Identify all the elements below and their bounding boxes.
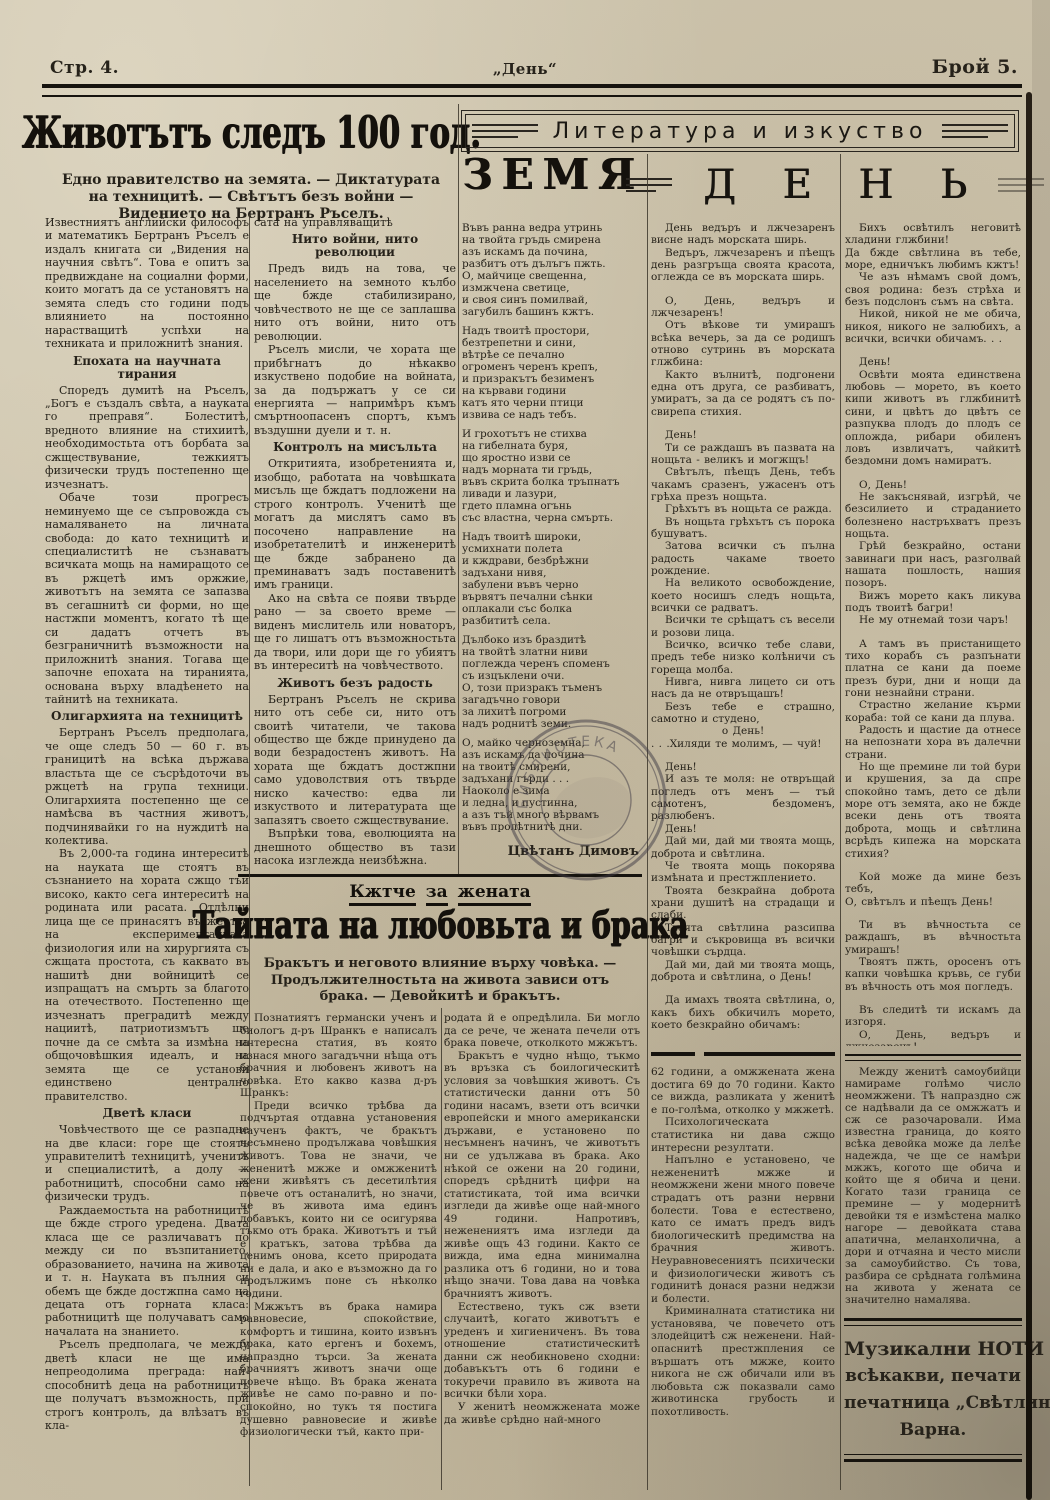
paragraph: 62 години, а омжжената жена достига 69 д…: [651, 1066, 835, 1116]
section-literature-box: Литература и изкуство: [461, 110, 1019, 152]
paragraph: Между женитѣ самоубийци намираме голѣмо …: [845, 1066, 1021, 1306]
paragraph: Както вълнитѣ, подгонени една отъ друга,…: [651, 369, 835, 418]
stanza: И грохотътъ не стихвана гибелната буря,щ…: [462, 428, 645, 524]
paragraph: День!: [651, 429, 835, 441]
column-divider-b: [845, 1054, 1021, 1061]
article-future-title: Животътъ следъ 100 год.: [66, 93, 437, 174]
paragraph: [651, 750, 835, 761]
paragraph: Предъ видъ на това, че населението на зе…: [254, 262, 456, 343]
paragraph: Но ще премине ли той бури и крушения, за…: [845, 761, 1021, 860]
article-future-col1: Известниятъ английски философъ и математ…: [45, 216, 249, 1484]
poem-den-titlerow: Д Е Н Ь: [650, 156, 1020, 214]
women-article-col3: 62 години, а омжжената жена достига 69 д…: [651, 1066, 835, 1490]
section-literature-title: Литература и изкуство: [553, 119, 928, 144]
paragraph: Преди всичко трѣбва да подчъртая отдавна…: [240, 1100, 437, 1301]
sub-heading: Дветѣ класи: [45, 1107, 249, 1120]
paragraph: О, День!: [845, 479, 1021, 491]
paragraph: Ти се раждашъ въ пазвата на нощьта - вел…: [651, 442, 835, 467]
paragraph: На великото освобождение, което носишъ с…: [651, 577, 835, 614]
paragraph: День ведъръ и лжчезаренъ висне надъ морс…: [651, 222, 835, 247]
paragraph: О, свѣтълъ и пѣещъ День!: [845, 896, 1021, 908]
paragraph: [651, 284, 835, 295]
paragraph: Освѣти моята единствена любовь — морето,…: [845, 369, 1021, 468]
paragraph: Кой може да мине безъ тебъ,: [845, 871, 1021, 896]
paragraph: День!: [651, 761, 835, 773]
paragraph: У женитѣ неомжжената може да живѣе срѣдн…: [444, 1401, 640, 1426]
paragraph: Че азъ нѣмамъ свой домъ, своя родина: бе…: [845, 271, 1021, 308]
paragraph: Дай ми, дай ми твоята мощь, доброта и св…: [651, 959, 835, 984]
paragraph: Въ следитѣ ти искамъ да изгоря.: [845, 1004, 1021, 1029]
women-article-col2: родата й е опредѣлила. Би могло да се ре…: [444, 1012, 640, 1490]
paragraph: Известниятъ английски философъ и математ…: [45, 216, 249, 351]
rule-ornament-left: [472, 124, 538, 138]
newspaper-page: { "page": { "page_label": "Стр. 4.", "ma…: [0, 0, 1050, 1500]
sub-heading: Олигархията на техницитѣ: [45, 710, 249, 723]
paragraph: Откритията, изобретенията и, изобщо, раб…: [254, 457, 456, 592]
paragraph: Да бжде свѣтлина въ тебе, море, едничъкъ…: [845, 247, 1021, 272]
paragraph: Естествено, тукъ сж взети случаитѣ, кога…: [444, 1301, 640, 1401]
ad-line: Варна.: [844, 1417, 1022, 1444]
page-edge-line: [1026, 92, 1032, 1500]
women-article-col1: Познатиятъ германски ученъ и биологъ д-р…: [240, 1012, 437, 1490]
paragraph: Ведъръ, лжчезаренъ и пѣещъ день разгръща…: [651, 247, 835, 284]
article-future-col2: сата на управляващитѣНито войни, нито ре…: [254, 216, 456, 874]
paragraph: . . .Хиляди те молимъ, — чуй!: [651, 738, 835, 750]
rule-ornament-right: [942, 124, 1008, 138]
sub-heading: Животъ безъ радость: [254, 677, 456, 690]
rule-ornament-den-left: [626, 178, 672, 192]
paragraph: Всичко, всичко тебе слави, предъ тебе ни…: [651, 639, 835, 676]
ad-lines: Музикални НОТИвсѣкакви, печатипечатница …: [844, 1336, 1022, 1444]
paragraph: Грѣй безкрайно, остани завинаги при насъ…: [845, 540, 1021, 589]
women-article-title: Тайната на любовьта и брака: [250, 896, 630, 954]
column-rule-2: [458, 104, 459, 874]
column-rule-3: [441, 1008, 442, 1490]
paragraph: [845, 860, 1021, 871]
paragraph: О, День, ведъръ и лжчезаренъ!: [651, 295, 835, 320]
paragraph: Затова всички съ пълна радость чакаме тв…: [651, 540, 835, 577]
paragraph: Въ 2,000-та година интереситѣ на науката…: [45, 847, 249, 1103]
paragraph: Ръселъ предполага, че между дветѣ класи …: [45, 1338, 249, 1432]
paragraph: Не закъснявай, изгрѣй, че безсилието и с…: [845, 491, 1021, 540]
poem-den-title: Д Е Н Ь: [686, 162, 984, 208]
paragraph: Ти въ вѣчностьта се раждашъ, въ вѣчность…: [845, 919, 1021, 956]
paragraph: Човѣчеството ще се разпадне на две класи…: [45, 1123, 249, 1204]
paragraph: Вижъ морето какъ ликува подъ твоитѣ багр…: [845, 590, 1021, 615]
column-rule-1: [249, 214, 250, 1486]
stanza: Надъ твоитѣ широки,усмихнати полетаи кжд…: [462, 531, 645, 627]
paragraph: Радость и щастие да отнесе на непознати …: [845, 724, 1021, 761]
paragraph: Безъ тебе е страшно, самотно и студено,: [651, 701, 835, 726]
paragraph: Обаче този прогресъ неминуемо ще се съпр…: [45, 491, 249, 706]
paragraph: Бракътъ е чудно нѣщо, тъкмо въ връзка съ…: [444, 1050, 640, 1301]
ad-line: печатница „Свѣтлина“: [844, 1390, 1022, 1417]
paragraph: Ако на свѣта се появи твърде рано — за с…: [254, 592, 456, 673]
paragraph: Грѣхътъ въ нощьта се ражда.: [651, 503, 835, 515]
paragraph: [845, 345, 1021, 356]
sub-heading: Епохата на научната тирания: [45, 355, 249, 381]
paragraph: Познатиятъ германски ученъ и биологъ д-р…: [240, 1012, 437, 1100]
sub-heading: Нито войни, нито революции: [254, 233, 456, 259]
stanza: Въвъ ранна ведра утриньна твойта гръдь с…: [462, 222, 645, 318]
paragraph: [651, 418, 835, 429]
ad-box: Музикални НОТИвсѣкакви, печатипечатница …: [844, 1318, 1022, 1462]
ad-line: Музикални НОТИ: [844, 1336, 1022, 1363]
issue-number: Брой 5.: [932, 56, 1018, 78]
paragraph: Споредъ думитѣ на Ръселъ, „Богъ е създал…: [45, 384, 249, 492]
paragraph: Твоятъ пжть, оросенъ отъ капки човѣшка к…: [845, 956, 1021, 993]
paragraph: Мжжътъ въ брака намира равновесие, споко…: [240, 1301, 437, 1439]
paragraph: Раждаемостьта на работницитѣ ще бжде стр…: [45, 1204, 249, 1339]
column-divider-a: [651, 1052, 835, 1056]
paragraph: о День!: [651, 725, 835, 737]
paragraph: Въ нощьта грѣхътъ съ порока бушуватъ.: [651, 516, 835, 541]
paragraph: Въпрѣки това, еволюцията на днешното общ…: [254, 827, 456, 867]
paragraph: [845, 908, 1021, 919]
page-edge-shading: [1032, 0, 1050, 1500]
paragraph: [651, 983, 835, 994]
paragraph: [845, 993, 1021, 1004]
paragraph: Нивга, нивга лицето си отъ насъ да не от…: [651, 676, 835, 701]
ad-rule-bottom: [844, 1454, 1022, 1462]
paragraph: Ръселъ мисли, че хората ще прибѣгнатъ до…: [254, 343, 456, 437]
paragraph: Всички те срѣщатъ съ весели и розови лиц…: [651, 614, 835, 639]
sub-heading: Контролъ на мисъльта: [254, 441, 456, 454]
paragraph: Бертранъ Ръселъ не скрива нито отъ себе …: [254, 693, 456, 828]
paragraph: Бихъ освѣтилъ неговитѣ хладини глжбини!: [845, 222, 1021, 247]
paragraph: Свѣтълъ, пѣещъ День, тебъ чакамъ сразенъ…: [651, 466, 835, 503]
paragraph: [845, 627, 1021, 638]
ad-line: всѣкакви, печати: [844, 1363, 1022, 1390]
paragraph: Криминалната статистика ни установява, ч…: [651, 1305, 835, 1418]
paragraph: Психологическата статистика ни дава сжщо…: [651, 1116, 835, 1154]
paragraph: Да имахъ твоята свѣтлина, о, какъ бихъ о…: [651, 994, 835, 1031]
paragraph: А тамъ въ пристанището тихо корабъ съ ра…: [845, 638, 1021, 700]
column-rule-5: [840, 154, 841, 1490]
poem-zemya-title: ЗЕМЯ: [461, 150, 645, 199]
ad-rule-top: [844, 1318, 1022, 1326]
paragraph: Отъ вѣкове ти умирашъ всѣка вечерь, за д…: [651, 319, 835, 368]
paragraph: Никой, никой не ме обича, никоя, никого …: [845, 308, 1021, 345]
paragraph: Не му отнемай този чаръ!: [845, 614, 1021, 626]
masthead: „День“: [0, 60, 1050, 78]
paragraph: сата на управляващитѣ: [254, 216, 456, 229]
paragraph: День!: [845, 356, 1021, 368]
stanza: Надъ твоитѣ простори,безтрепетни и сини,…: [462, 325, 645, 421]
women-article-subtitle: Бракътъ и неговото влияние върху човѣка.…: [252, 956, 628, 1006]
paragraph: Бертранъ Ръселъ предполага, че още следъ…: [45, 726, 249, 847]
women-article-col4: Между женитѣ самоубийци намираме голѣмо …: [845, 1066, 1021, 1306]
paragraph: [845, 468, 1021, 479]
paragraph: Напълно е установено, че нежененитѣ мжже…: [651, 1154, 835, 1305]
poem-den-col2: Бихъ освѣтилъ неговитѣ хладини глжбини!Д…: [845, 222, 1021, 1046]
paragraph: Страстно желание кърми кораба: той се ка…: [845, 699, 1021, 724]
paragraph: О, День, ведъръ и лжчезаренъ!: [845, 1029, 1021, 1046]
paragraph: родата й е опредѣлила. Би могло да се ре…: [444, 1012, 640, 1050]
